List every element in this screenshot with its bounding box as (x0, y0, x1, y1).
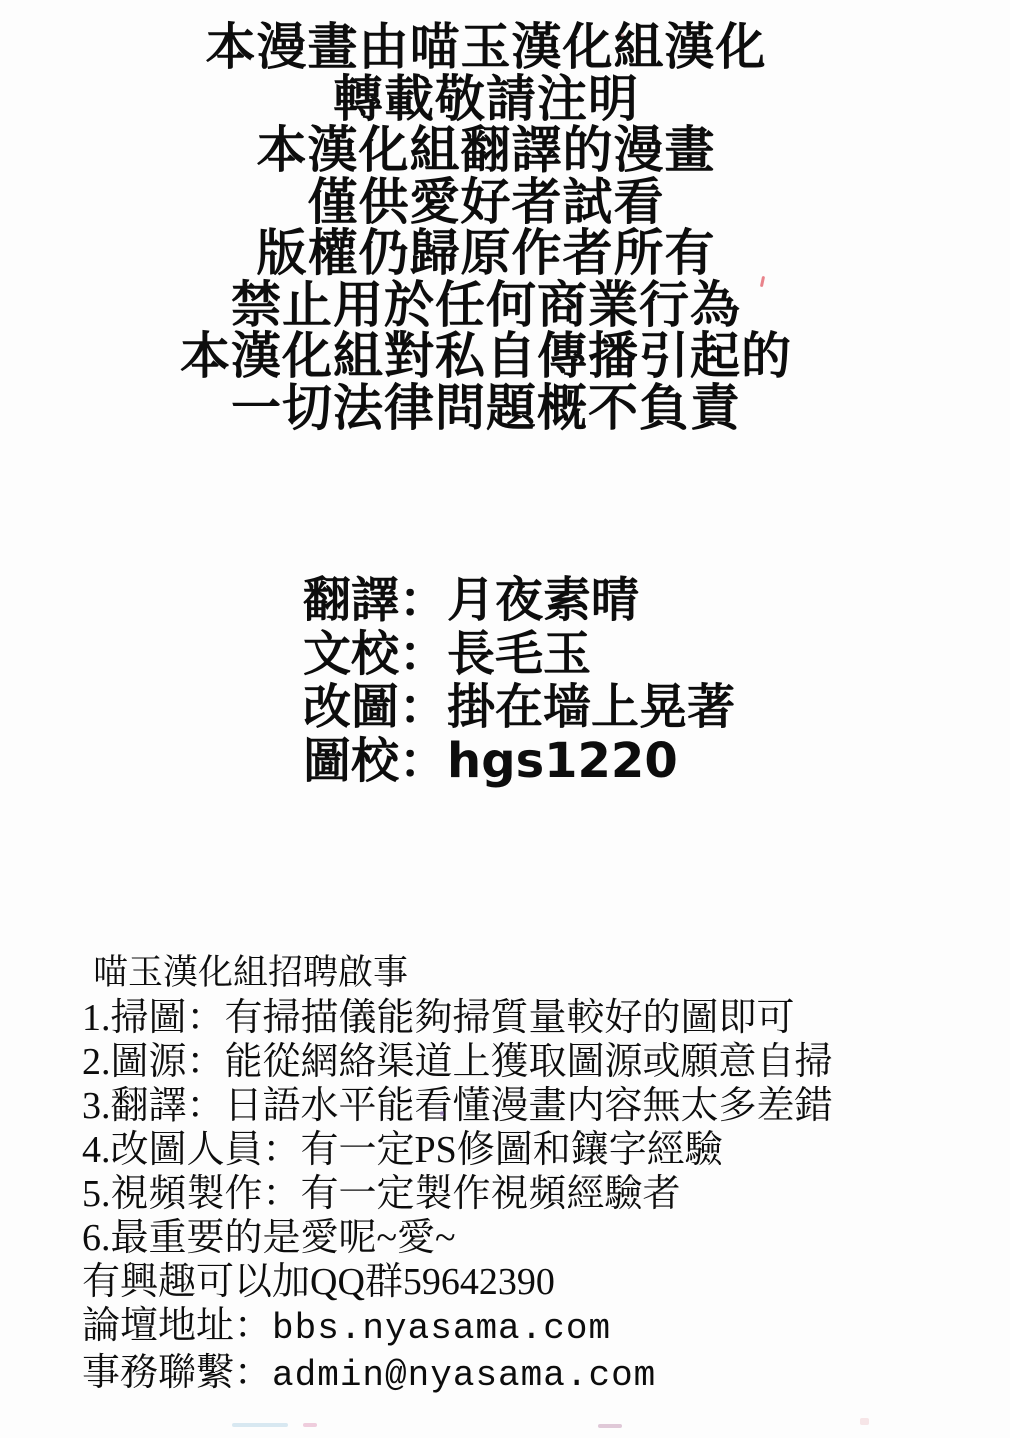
credit-colon: ： (399, 626, 447, 682)
scan-artifact (232, 1423, 288, 1427)
disclaimer-line: 禁止用於任何商業行為 (0, 280, 972, 332)
recruitment-title: 喵玉漢化組招聘啟事 (93, 950, 833, 996)
credit-colon: ： (399, 733, 447, 789)
disclaimer-line: 本漫畫由喵玉漢化組漢化 (0, 22, 972, 74)
disclaimer-line: 轉載敬請注明 (0, 74, 972, 126)
qq-contact-line: 有興趣可以加QQ群59642390 (82, 1260, 833, 1304)
disclaimer-block: 本漫畫由喵玉漢化組漢化 轉載敬請注明 本漢化組翻譯的漫畫 僅供愛好者試看 版權仍… (0, 22, 972, 434)
scanned-credits-page: 本漫畫由喵玉漢化組漢化 轉載敬請注明 本漢化組翻譯的漫畫 僅供愛好者試看 版權仍… (0, 0, 1010, 1438)
disclaimer-line: 一切法律問題概不負責 (0, 383, 972, 435)
admin-email: admin@nyasama.com (272, 1355, 656, 1396)
recruitment-item: 4.改圖人員：有一定PS修圖和鑲字經驗 (82, 1128, 833, 1172)
recruitment-item: 3.翻譯：日語水平能看懂漫畫内容無太多差錯 (82, 1084, 833, 1128)
credit-role: 圖校 (303, 733, 399, 789)
recruitment-item: 5.視頻製作：有一定製作視頻經驗者 (82, 1172, 833, 1216)
scan-artifact (621, 33, 624, 37)
recruitment-block: 喵玉漢化組招聘啟事 1.掃圖：有掃描儀能夠掃質量較好的圖即可 2.圖源：能從網絡… (82, 950, 833, 1398)
credit-row-image-checker: 圖校：hgs1220 (303, 735, 735, 789)
recruitment-item: 2.圖源：能從網絡渠道上獲取圖源或願意自掃 (82, 1040, 833, 1084)
admin-line: 事務聯繫：admin@nyasama.com (82, 1351, 833, 1398)
recruitment-item: 1.掃圖：有掃描儀能夠掃質量較好的圖即可 (82, 996, 833, 1040)
credit-name: 月夜素晴 (447, 572, 639, 628)
credit-name: 長毛玉 (447, 626, 591, 682)
disclaimer-line: 本漢化組對私自傳播引起的 (0, 331, 972, 383)
credit-colon: ： (399, 679, 447, 735)
credit-role: 改圖 (303, 679, 399, 735)
credit-row-translator: 翻譯：月夜素晴 (303, 574, 735, 628)
scan-artifact (860, 1418, 869, 1425)
recruitment-item: 6.最重要的是愛呢~愛~ (82, 1216, 833, 1260)
disclaimer-line: 版權仍歸原作者所有 (0, 228, 972, 280)
credit-row-editor: 改圖：掛在墙上晃著 (303, 681, 735, 735)
forum-label: 論壇地址： (82, 1305, 272, 1347)
credit-row-proofreader: 文校：長毛玉 (303, 628, 735, 682)
disclaimer-line: 僅供愛好者試看 (0, 177, 972, 229)
forum-url: bbs.nyasama.com (272, 1308, 611, 1349)
credits-block: 翻譯：月夜素晴 文校：長毛玉 改圖：掛在墙上晃著 圖校：hgs1220 (303, 574, 735, 788)
disclaimer-line: 本漢化組翻譯的漫畫 (0, 125, 972, 177)
credit-role: 文校 (303, 626, 399, 682)
scan-artifact (440, 1111, 444, 1116)
scan-artifact (598, 1424, 622, 1428)
credit-name: hgs1220 (447, 733, 678, 789)
credit-name: 掛在墙上晃著 (447, 679, 735, 735)
credit-role: 翻譯 (303, 572, 399, 628)
forum-line: 論壇地址：bbs.nyasama.com (82, 1304, 833, 1351)
credit-colon: ： (399, 572, 447, 628)
scan-artifact (303, 1423, 317, 1427)
admin-label: 事務聯繫： (82, 1352, 272, 1394)
